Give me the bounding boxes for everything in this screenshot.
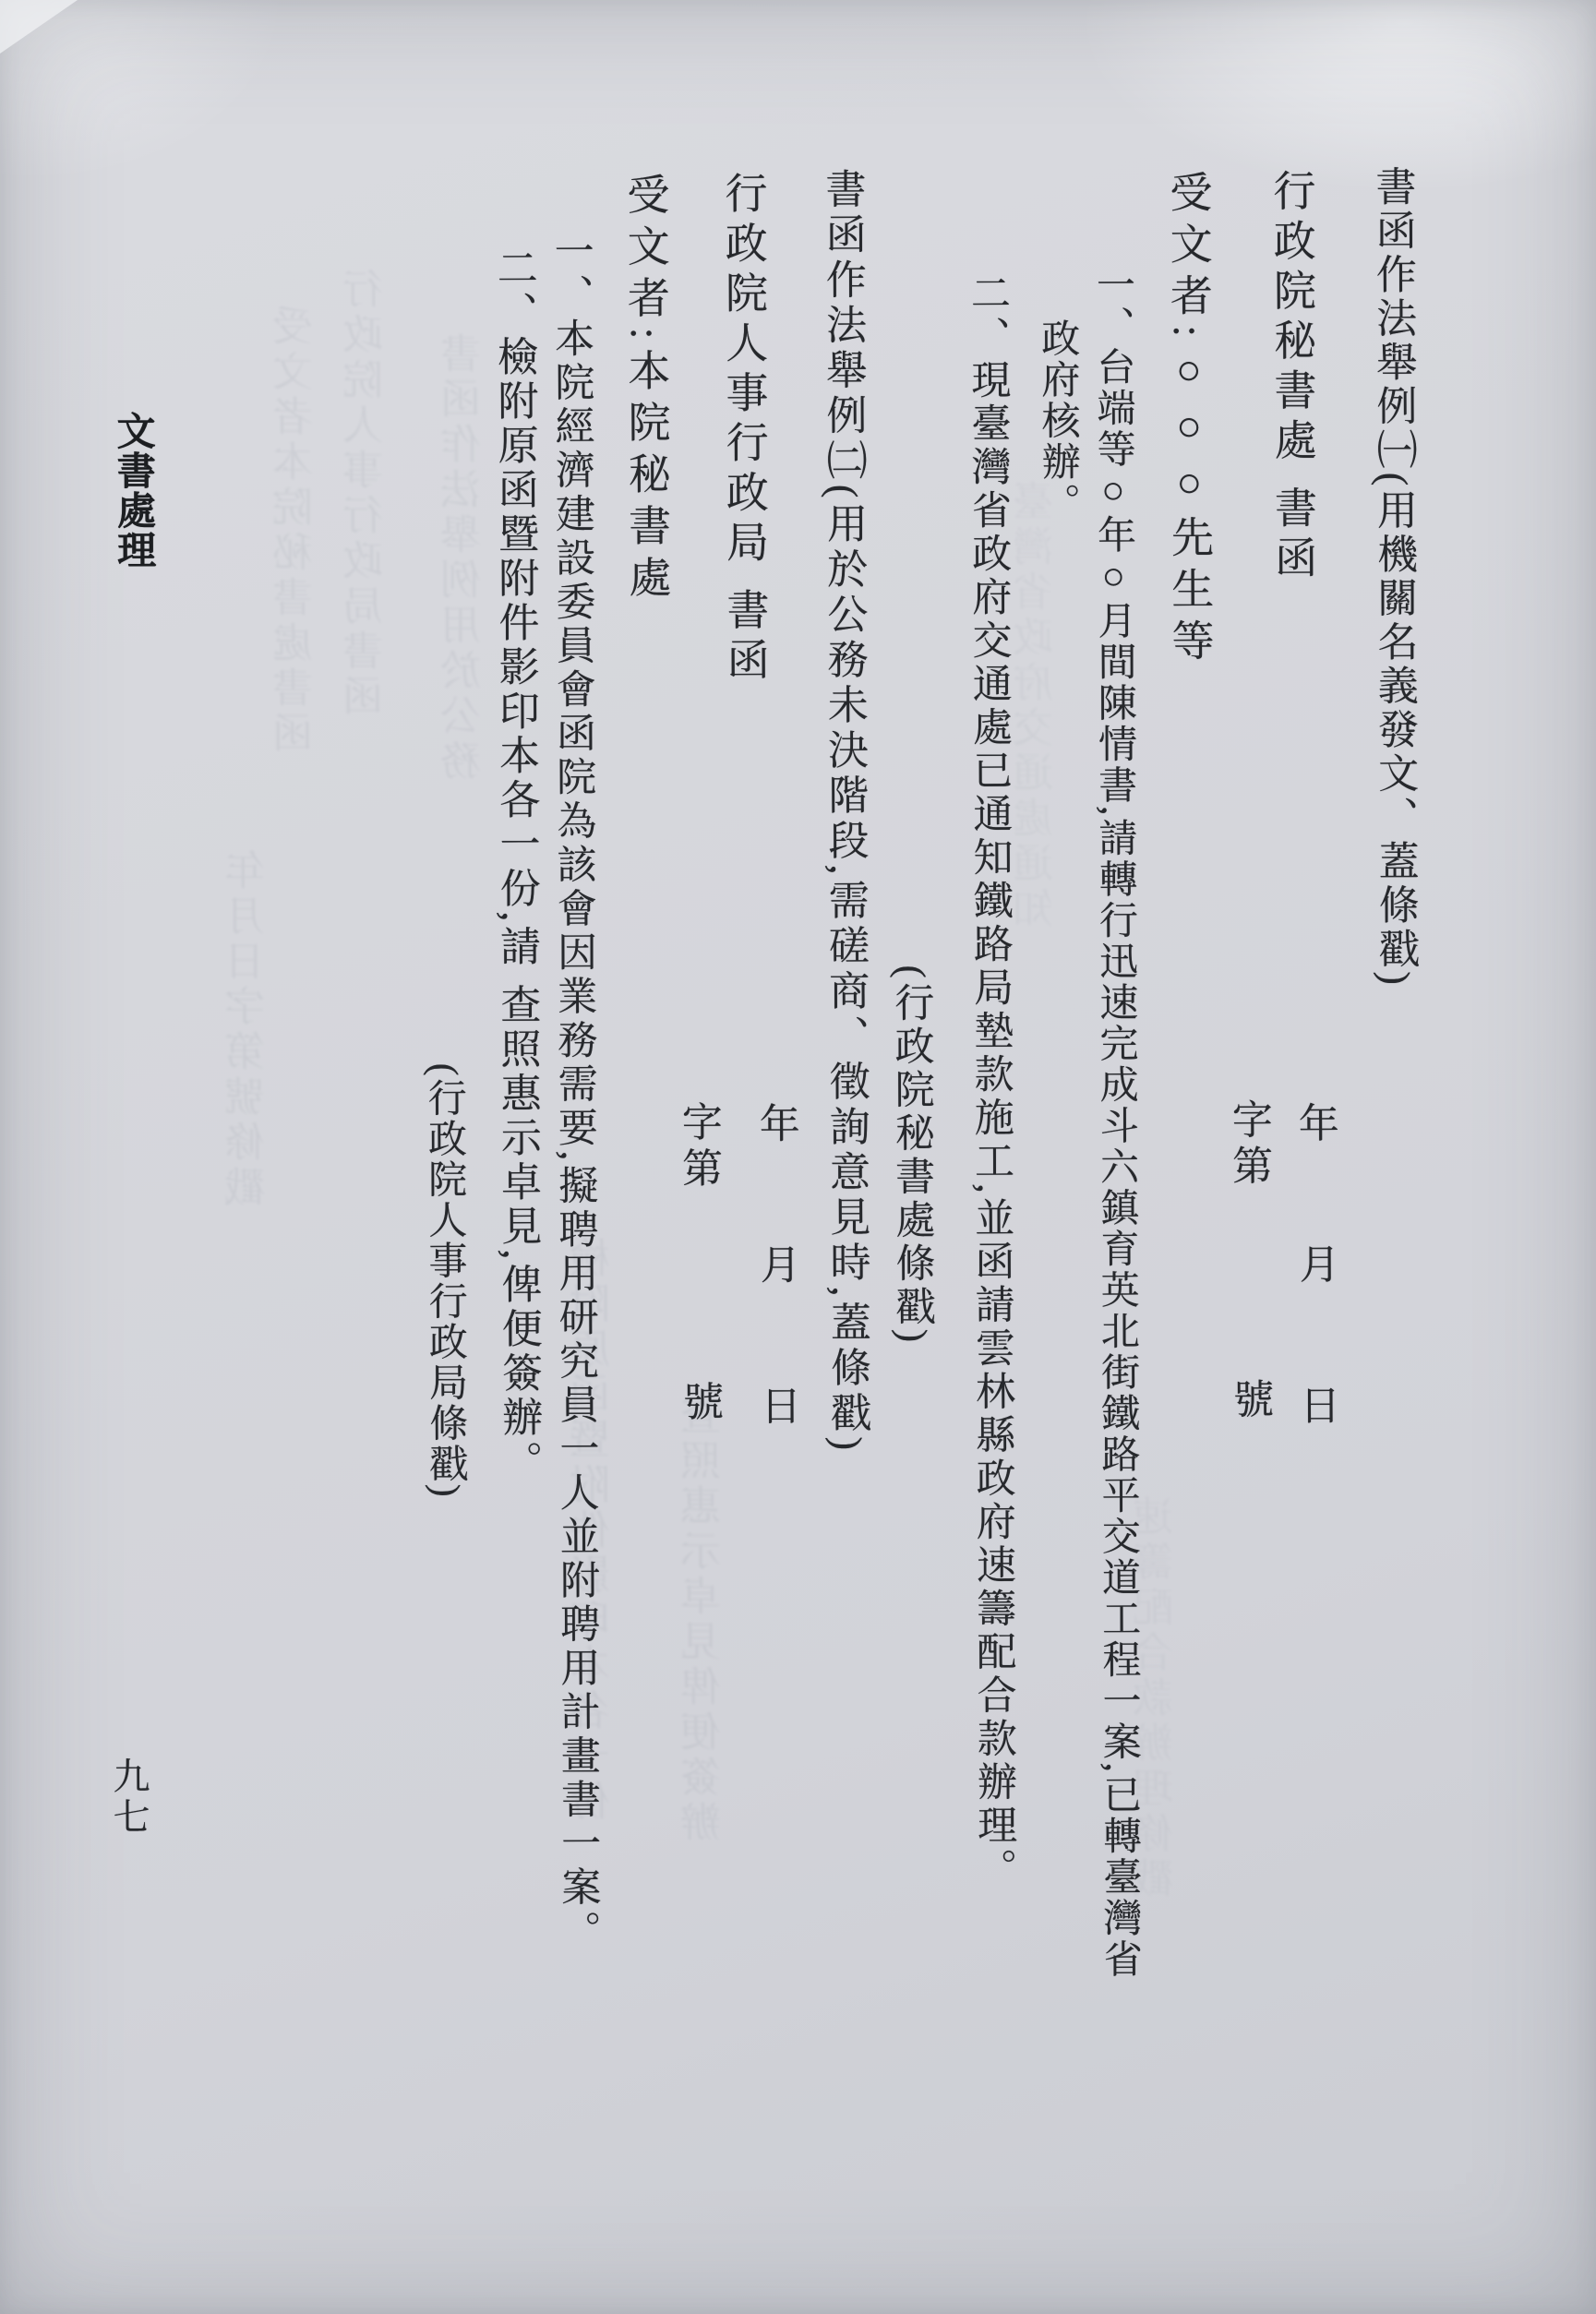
year-label: 年 <box>755 1102 796 1143</box>
example2-item1: 一、本院經濟建設委員會函院為該會因業務需要,擬聘用研究員一人並附聘用計畫書一案。 <box>551 230 598 1954</box>
ref-prefix-label: 字第 <box>1228 1098 1268 1191</box>
example1-title: 書函作法舉例㈠(用機關名義發文、蓋條戳) <box>1371 165 1415 988</box>
page-content: 書函作法舉例㈠(用機關名義發文、蓋條戳) 行政院秘書處 書函 年 月 日 字第 … <box>0 0 1596 2314</box>
example1-reference-line: 字第 號 <box>1228 1098 1270 1424</box>
example1-item2: 二、現臺灣省政府交通處已通知鐵路局墊款施工,並函請雲林縣政府速籌配合款辦理。 <box>967 272 1014 1891</box>
example1-item1: 一、台端等○年○月間陳情書,請轉行迅速完成斗六鎮育英北街鐵路平交道工程一案,已轉… <box>1093 264 1139 1980</box>
ref-suffix-label: 號 <box>678 1380 719 1426</box>
example2-recipient-line: 受文者:本院秘書處 <box>623 173 667 607</box>
ref-suffix-label: 號 <box>1229 1378 1269 1424</box>
example1-stamp-note: (行政院秘書處條戳) <box>891 965 932 1346</box>
example1-date-line: 年 月 日 <box>1294 1101 1337 1424</box>
day-label: 日 <box>756 1385 797 1425</box>
ref-prefix-label: 字第 <box>678 1100 718 1193</box>
example2-agency-line: 行政院人事行政局 書函 <box>721 171 765 688</box>
page-number: 九七 <box>110 1756 147 1838</box>
example1-agency-line: 行政院秘書處 書函 <box>1269 169 1314 586</box>
example2-item2: 二、檢附原函暨附件影印本各一份,請 查照惠示卓見,俾便簽辦。 <box>493 246 539 1484</box>
day-label: 日 <box>1295 1384 1336 1424</box>
year-label: 年 <box>1294 1101 1335 1142</box>
month-label: 月 <box>755 1243 796 1284</box>
example2-reference-line: 字第 號 <box>678 1100 720 1426</box>
example2-title: 書函作法舉例㈡(用於公務未決階段,需磋商、徵詢意見時,蓋條戳) <box>821 168 867 1455</box>
example1-recipient-line: 受文者:○○○先生等 <box>1166 170 1210 670</box>
example1-item1-wrap: 政府核辦。 <box>1038 318 1077 524</box>
month-label: 月 <box>1294 1242 1335 1283</box>
scanned-book-page: 受文者本院秘書處書函 行政院人事行政局書函 年月日字第號條戳 書函作法舉例用於公… <box>0 0 1596 2314</box>
example2-stamp-note: (行政院人事行政局條戳) <box>425 1063 465 1499</box>
example2-date-line: 年 月 日 <box>755 1102 798 1425</box>
running-header: 文書處理 <box>113 411 152 570</box>
